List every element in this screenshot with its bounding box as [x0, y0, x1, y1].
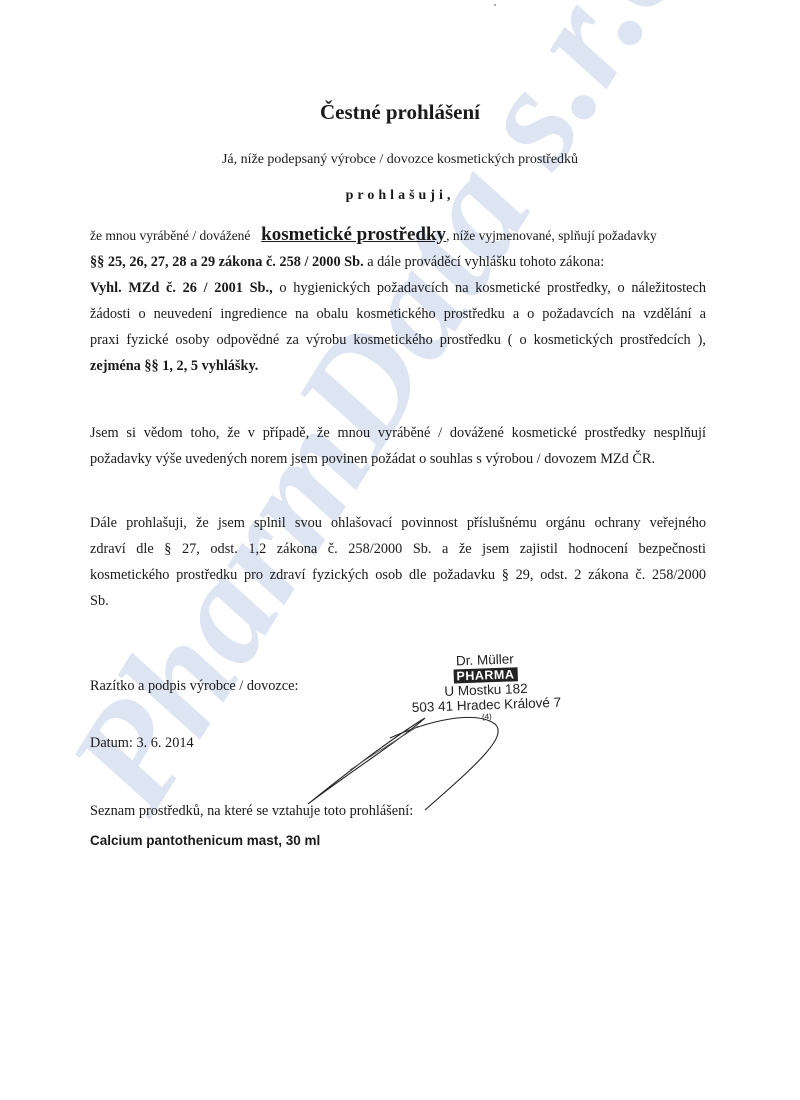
date-label: Datum: 3. 6. 2014 — [90, 735, 194, 752]
p1-line4: žádosti o neuvedení ingredience na obalu… — [90, 301, 706, 327]
p1-line1: že mnou vyráběné / dovážené kosmetické p… — [90, 222, 706, 249]
intro-line: Já, níže podepsaný výrobce / dovozce kos… — [0, 152, 800, 168]
p2-line1: Jsem si vědom toho, že v případě, že mno… — [90, 420, 706, 446]
document-title: Čestné prohlášení — [0, 100, 800, 125]
paragraph-requirements: že mnou vyráběné / dovážené kosmetické p… — [90, 222, 706, 379]
paragraph-awareness: Jsem si vědom toho, že v případě, že mno… — [90, 420, 706, 472]
handwritten-signature — [290, 700, 510, 830]
paragraph-notification: Dále prohlašuji, že jsem splnil svou ohl… — [90, 510, 706, 614]
scan-speck — [494, 4, 496, 6]
p1-line5: praxi fyzické osoby odpovědné za výrobu … — [90, 327, 706, 353]
p3-line4: Sb. — [90, 588, 706, 614]
stamp-signature-label: Razítko a podpis výrobce / dovozce: — [90, 678, 298, 695]
p3-line1: Dále prohlašuji, že jsem splnil svou ohl… — [90, 510, 706, 536]
p2-line2: požadavky výše uvedených norem jsem povi… — [90, 446, 706, 472]
p1-line2: §§ 25, 26, 27, 28 a 29 zákona č. 258 / 2… — [90, 249, 706, 275]
p1-line6: zejména §§ 1, 2, 5 vyhlášky. — [90, 353, 706, 379]
p3-line3: kosmetického prostředku pro zdraví fyzic… — [90, 562, 706, 588]
declare-word: prohlašuji, — [0, 188, 800, 204]
document-page: Čestné prohlášení Já, níže podepsaný výr… — [0, 0, 800, 1100]
highlight-cosmetics: kosmetické prostředky — [261, 224, 446, 245]
product-item: Calcium pantothenicum mast, 30 ml — [90, 833, 320, 848]
p1-line3: Vyhl. MZd č. 26 / 2001 Sb., o hygienický… — [90, 275, 706, 301]
p3-line2: zdraví dle § 27, odst. 1,2 zákona č. 258… — [90, 536, 706, 562]
